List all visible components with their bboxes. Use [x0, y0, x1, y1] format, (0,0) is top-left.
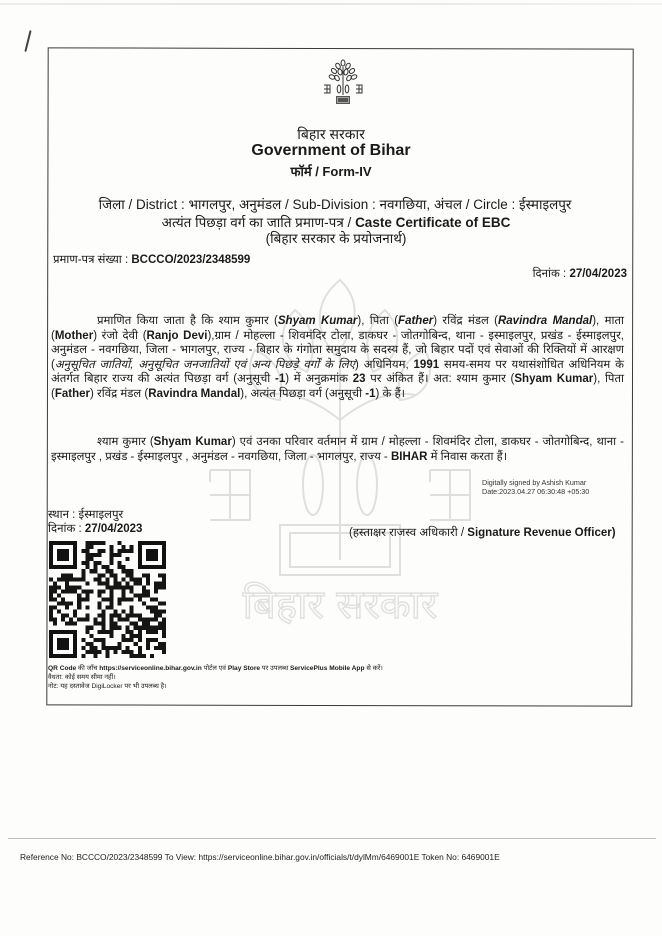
digital-signature[interactable]: Digitally signed by Ashish Kumar Date:20… — [482, 478, 589, 496]
certificate-number-value: BCCCO/2023/2348599 — [131, 254, 250, 266]
issue-date-value: 27/04/2023 — [569, 268, 627, 280]
reference-footer: Reference No: BCCCO/2023/2348599 To View… — [20, 852, 500, 862]
pen-mark — [24, 30, 31, 52]
issue-date: दिनांक : 27/04/2023 — [533, 266, 627, 281]
place-value: ईस्माइलपुर — [79, 509, 124, 521]
place-date: दिनांक : 27/04/2023 — [48, 521, 142, 536]
footer-divider — [8, 838, 656, 839]
district-label: जिला / District : — [99, 197, 185, 212]
title-english: Caste Certificate of EBC — [355, 215, 510, 230]
subdivision-label: अनुमंडल / Sub-Division : — [239, 197, 376, 212]
serial-number: 23 — [353, 373, 366, 385]
portal-link[interactable]: https://serviceonline.bihar.gov.in — [99, 665, 201, 672]
certificate-purpose: (बिहार सरकार के प्रयोजनार्थ) — [0, 229, 662, 247]
form-label: फॉर्म / Form-IV — [0, 162, 662, 180]
applicant-name: Shyam Kumar — [278, 315, 358, 327]
state-name-english: Government of Bihar — [0, 142, 662, 160]
certificate-number: प्रमाण-पत्र संख्या : BCCCO/2023/2348599 — [53, 252, 250, 267]
validity-note: वैधता: कोई समय सीमा नहीं। — [48, 673, 383, 682]
father-name: Ravindra Mandal — [498, 315, 592, 327]
digital-signature-signer: Digitally signed by Ashish Kumar — [482, 478, 589, 487]
place: स्थान : ईस्माइलपुर — [48, 507, 123, 522]
certification-paragraph: प्रमाणित किया जाता है कि श्याम कुमार (Sh… — [51, 314, 624, 402]
residence-paragraph: श्याम कुमार (Shyam Kumar) एवं उनका परिवा… — [51, 435, 624, 464]
subdivision-value: नवगछिया, — [380, 197, 431, 212]
digilocker-note: नोट: यह दस्तावेज DigiLocker पर भी उपलब्ध… — [48, 682, 383, 691]
qr-code[interactable] — [49, 541, 166, 658]
mother-name: Ranjo Devi — [147, 330, 208, 342]
verification-notes: QR Code की जाँच https://serviceonline.bi… — [48, 664, 383, 692]
issue-date-label: दिनांक : — [533, 268, 567, 280]
certificate-number-label: प्रमाण-पत्र संख्या : — [53, 254, 128, 266]
signature-caption: (हस्ताक्षर राजस्व अधिकारी / Signature Re… — [349, 525, 616, 540]
digital-signature-date: Date:2023.04.27 06:30:48 +05:30 — [482, 487, 589, 496]
bihar-state-emblem-icon — [321, 59, 365, 107]
qr-verification-note: QR Code की जाँच https://serviceonline.bi… — [48, 664, 383, 673]
district-value: भागलपुर, — [189, 197, 236, 212]
circle-label: अंचल / Circle : — [434, 197, 515, 212]
location-line: जिला / District : भागलपुर, अनुमंडल / Sub… — [0, 195, 662, 213]
place-date-value: 27/04/2023 — [85, 523, 143, 535]
title-hindi: अत्यंत पिछड़ा वर्ग का जाति प्रमाण-पत्र / — [162, 215, 352, 230]
scan-edge — [0, 3, 662, 5]
circle-value: ईस्माइलपुर — [519, 197, 571, 212]
